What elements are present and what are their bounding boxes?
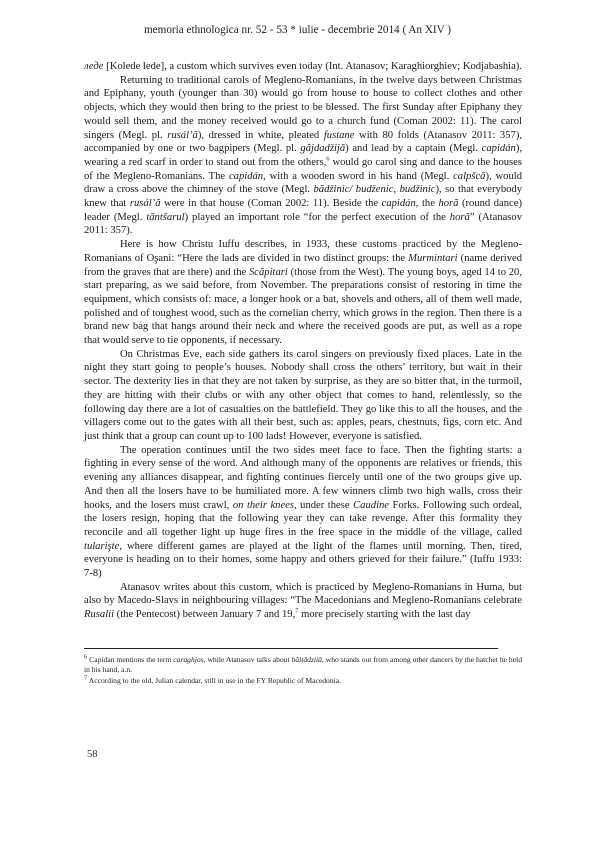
- paragraph-1: леде [Kolede lede], a custom which survi…: [84, 60, 522, 74]
- document-page: memoria ethnologica nr. 52 - 53 * iulie …: [0, 0, 595, 842]
- text-run: (those from the West). The young boys, a…: [84, 267, 522, 347]
- page-number: 58: [87, 749, 98, 760]
- italic-term: bădžinic/ budženic: [314, 184, 394, 195]
- italic-term: Murmintari: [408, 253, 457, 264]
- italic-term: găjdadžijă: [300, 143, 345, 154]
- text-run: According to the old, Julian calendar, s…: [87, 676, 341, 685]
- text-run: , where different games are played at th…: [84, 541, 522, 579]
- footnote-6: 6 Capidan mentions the term caraghjos, w…: [84, 655, 522, 676]
- paragraph-6: Atanasov writes about this custom, which…: [84, 581, 522, 622]
- italic-term: horă: [450, 212, 470, 223]
- italic-term: Rusalii: [84, 609, 114, 620]
- paragraph-5: The operation continues until the two si…: [84, 444, 522, 581]
- text-run: , under these: [294, 500, 353, 511]
- italic-term: capidán: [382, 198, 416, 209]
- cyrillic-term: леде: [84, 61, 104, 72]
- paragraph-4: On Christmas Eve, each side gathers its …: [84, 348, 522, 444]
- body-text: леде [Kolede lede], a custom which survi…: [84, 60, 522, 622]
- italic-term: budžinic: [400, 184, 436, 195]
- text-run: ) played an important role “for the perf…: [185, 212, 450, 223]
- italic-term: capidán: [482, 143, 516, 154]
- text-run: , with a wooden sword in his hand (Megl.: [263, 171, 453, 182]
- italic-term: capidán: [229, 171, 263, 182]
- footnote-7: 7 According to the old, Julian calendar,…: [84, 676, 522, 686]
- footnotes: 6 Capidan mentions the term caraghjos, w…: [84, 655, 522, 686]
- running-head: memoria ethnologica nr. 52 - 53 * iulie …: [0, 24, 595, 36]
- italic-term: on their knees: [233, 500, 294, 511]
- text-run: , while Atanasov talks about: [204, 655, 292, 664]
- text-run: (the Pentecost) between January 7 and 19…: [114, 609, 295, 620]
- text-run: , the: [416, 198, 439, 209]
- italic-term: rusál’ă: [130, 198, 161, 209]
- text-run: ) and lead by a captain (Megl.: [345, 143, 482, 154]
- italic-term: fustane: [324, 130, 355, 141]
- paragraph-2: Returning to traditional carols of Megle…: [84, 74, 522, 238]
- italic-term: Caudine: [353, 500, 389, 511]
- italic-term: băltădziiă: [292, 655, 322, 664]
- italic-term: rusál’ă: [167, 130, 198, 141]
- footnote-separator: [84, 648, 498, 649]
- text-run: On Christmas Eve, each side gathers its …: [84, 349, 522, 442]
- paragraph-3: Here is how Christu Iuffu describes, in …: [84, 238, 522, 348]
- italic-term: tăntšarul: [146, 212, 184, 223]
- text-run: [Kolede lede], a custom which survives e…: [104, 61, 522, 72]
- italic-term: tularişte: [84, 541, 119, 552]
- text-run: Atanasov writes about this custom, which…: [84, 582, 522, 607]
- text-run: ), dressed in white, pleated: [198, 130, 324, 141]
- italic-term: calpšcă: [453, 171, 485, 182]
- text-run: more precisely starting with the last da…: [299, 609, 471, 620]
- italic-term: Scăpitari: [249, 267, 288, 278]
- text-run: Capidan mentions the term: [87, 655, 173, 664]
- text-run: were in that house (Coman 2002: 11). Bes…: [161, 198, 382, 209]
- italic-term: caraghjos: [173, 655, 203, 664]
- italic-term: horă: [438, 198, 458, 209]
